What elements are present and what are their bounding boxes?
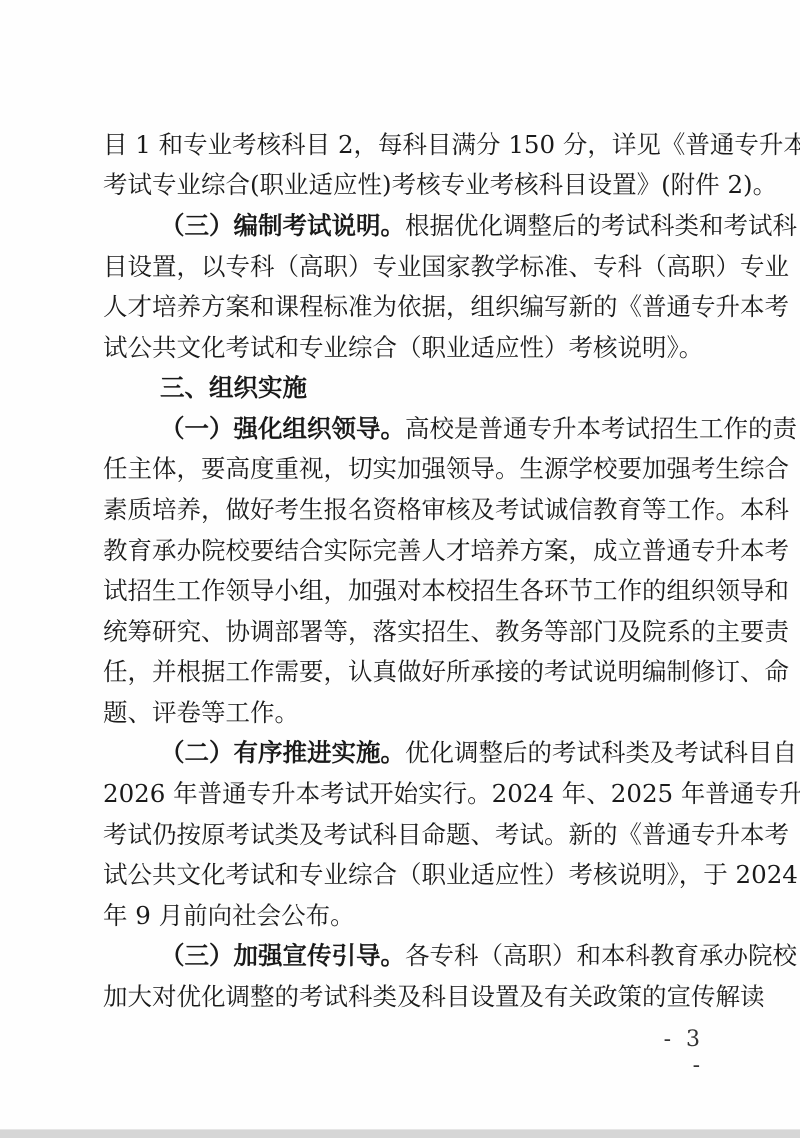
body-line: 加大对优化调整的考试科类及科目设置及有关政策的宣传解读 — [103, 982, 705, 1012]
body-line: 年 9 月前向社会公布。 — [103, 901, 705, 931]
paragraph-lead-heading: （三）编制考试说明。 — [160, 211, 405, 240]
section-heading: 三、组织实施 — [160, 373, 705, 403]
body-line: 目 1 和专业考核科目 2，每科目满分 150 分，详见《普通专升本 — [103, 130, 705, 160]
paragraph-first-line: （三）编制考试说明。根据优化调整后的考试科类和考试科 — [160, 211, 705, 241]
body-line: 目设置，以专科（高职）专业国家教学标准、专科（高职）专业 — [103, 252, 705, 282]
paragraph-text: 优化调整后的考试科类及考试科目自 — [405, 738, 797, 767]
paragraph-first-line: （三）加强宣传引导。各专科（高职）和本科教育承办院校 — [160, 941, 705, 971]
body-line: 题、评卷等工作。 — [103, 698, 705, 728]
body-line: 试公共文化考试和专业综合（职业适应性）考核说明》，于 2024 — [103, 860, 705, 890]
paragraph-lead-heading: （一）强化组织领导。 — [160, 414, 405, 443]
body-line: 教育承办院校要结合实际完善人才培养方案，成立普通专升本考 — [103, 536, 705, 566]
body-line: 2026 年普通专升本考试开始实行。2024 年、2025 年普通专升本 — [103, 779, 705, 809]
page-bottom-edge — [0, 1129, 800, 1138]
paragraph-first-line: （二）有序推进实施。优化调整后的考试科类及考试科目自 — [160, 738, 705, 768]
paragraph-text: 高校是普通专升本考试招生工作的责 — [405, 414, 797, 443]
body-line: 试公共文化考试和专业综合（职业适应性）考核说明》。 — [103, 333, 705, 363]
body-line: 统筹研究、协调部署等，落实招生、教务等部门及院系的主要责 — [103, 617, 705, 647]
body-line: 考试仍按原考试类及考试科目命题、考试。新的《普通专升本考 — [103, 820, 705, 850]
page-number: - 3 - — [648, 1027, 704, 1079]
paragraph-text: 根据优化调整后的考试科类和考试科 — [405, 211, 797, 240]
body-line: 素质培养，做好考生报名资格审核及考试诚信教育等工作。本科 — [103, 495, 705, 525]
body-line: 人才培养方案和课程标准为依据，组织编写新的《普通专升本考 — [103, 292, 705, 322]
body-line: 任，并根据工作需要，认真做好所承接的考试说明编制修订、命 — [103, 657, 705, 687]
paragraph-first-line: （一）强化组织领导。高校是普通专升本考试招生工作的责 — [160, 414, 705, 444]
body-line: 任主体，要高度重视，切实加强领导。生源学校要加强考生综合 — [103, 454, 705, 484]
paragraph-lead-heading: （三）加强宣传引导。 — [160, 941, 405, 970]
body-line: 考试专业综合(职业适应性)考核专业考核科目设置》(附件 2)。 — [103, 170, 705, 200]
paragraph-lead-heading: （二）有序推进实施。 — [160, 738, 405, 767]
paragraph-text: 各专科（高职）和本科教育承办院校 — [405, 941, 797, 970]
body-line: 试招生工作领导小组，加强对本校招生各环节工作的组织领导和 — [103, 576, 705, 606]
document-page: 目 1 和专业考核科目 2，每科目满分 150 分，详见《普通专升本 考试专业综… — [0, 0, 800, 1130]
